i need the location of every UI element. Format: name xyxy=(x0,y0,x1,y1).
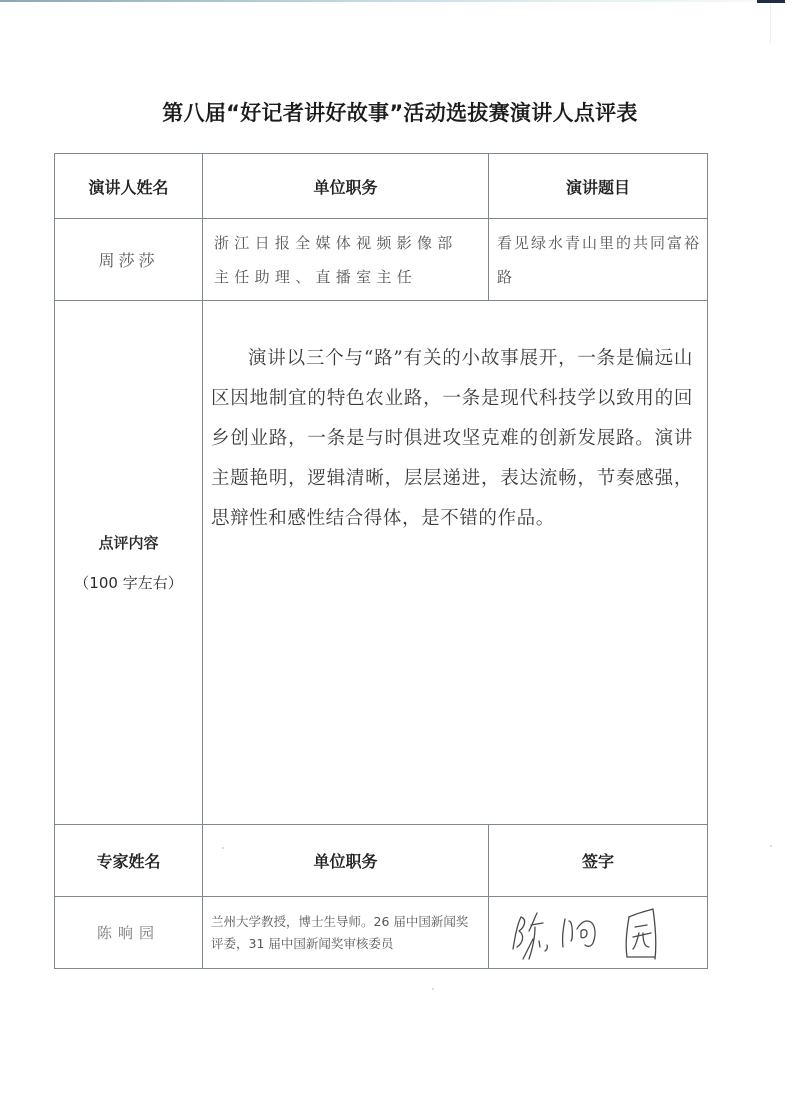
scan-edge-mark xyxy=(757,0,785,3)
scan-edge-shadow xyxy=(770,3,771,43)
speaker-data-row: 周莎莎 浙江日报全媒体视频影像部 主任助理、直播室主任 看见绿水青山里的共同富裕… xyxy=(55,219,708,301)
signature-cell: 陈响园 xyxy=(489,897,708,969)
comment-row: 点评内容 （100 字左右） 演讲以三个与“路”有关的小故事展开，一条是偏远山区… xyxy=(55,301,708,825)
header-speaker-position: 单位职务 xyxy=(203,154,489,219)
speaker-position-line1: 浙江日报全媒体视频影像部 xyxy=(214,226,482,260)
evaluation-form-table: 演讲人姓名 单位职务 演讲题目 周莎莎 浙江日报全媒体视频影像部 主任助理、直播… xyxy=(54,153,708,969)
header-expert-position: 单位职务 xyxy=(203,825,489,897)
expert-position: 兰州大学教授，博士生导师。26 届中国新闻奖 评委，31 届中国新闻奖审核委员 xyxy=(203,897,489,969)
speaker-position: 浙江日报全媒体视频影像部 主任助理、直播室主任 xyxy=(203,219,489,301)
expert-position-line2: 评委，31 届中国新闻奖审核委员 xyxy=(211,933,484,955)
comment-label-note: （100 字左右） xyxy=(55,563,202,603)
scan-speck xyxy=(432,988,434,990)
comment-label-cell: 点评内容 （100 字左右） xyxy=(55,301,203,825)
scan-speck xyxy=(770,845,772,847)
comment-label: 点评内容 xyxy=(55,523,202,563)
speech-topic: 看见绿水青山里的共同富裕路 xyxy=(489,219,708,301)
speaker-position-line2: 主任助理、直播室主任 xyxy=(214,260,482,294)
signature-text: 陈响园 xyxy=(489,901,490,902)
expert-position-line1: 兰州大学教授，博士生导师。26 届中国新闻奖 xyxy=(211,911,484,933)
header-speaker-name: 演讲人姓名 xyxy=(55,154,203,219)
document-title: 第八届“好记者讲好故事”活动选拔赛演讲人点评表 xyxy=(0,97,800,127)
comment-content-cell: 演讲以三个与“路”有关的小故事展开，一条是偏远山区因地制宜的特色农业路，一条是现… xyxy=(203,301,708,825)
expert-name: 陈响园 xyxy=(55,897,203,969)
speaker-name: 周莎莎 xyxy=(55,219,203,301)
comment-content: 演讲以三个与“路”有关的小故事展开，一条是偏远山区因地制宜的特色农业路，一条是现… xyxy=(211,339,693,539)
header-speech-topic: 演讲题目 xyxy=(489,154,708,219)
handwritten-signature-icon xyxy=(507,903,677,965)
scan-speck xyxy=(222,847,224,849)
header-signature: 签字 xyxy=(489,825,708,897)
header-expert-name: 专家姓名 xyxy=(55,825,203,897)
scan-edge xyxy=(0,0,758,2)
speaker-header-row: 演讲人姓名 单位职务 演讲题目 xyxy=(55,154,708,219)
expert-data-row: 陈响园 兰州大学教授，博士生导师。26 届中国新闻奖 评委，31 届中国新闻奖审… xyxy=(55,897,708,969)
expert-header-row: 专家姓名 单位职务 签字 xyxy=(55,825,708,897)
